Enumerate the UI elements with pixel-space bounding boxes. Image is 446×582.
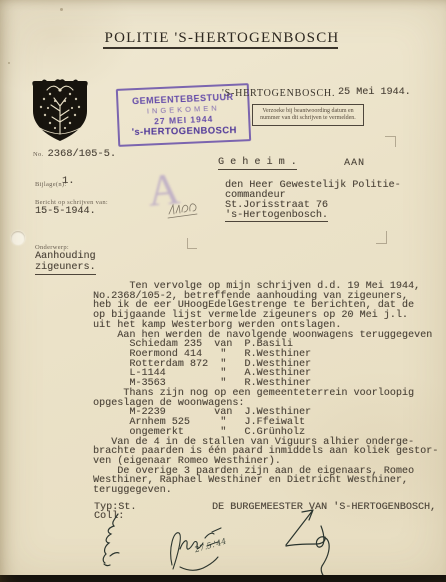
paper-speck	[8, 62, 10, 64]
letter-body: Ten vervolge op mijn schrijven d.d. 19 M…	[93, 282, 438, 496]
corner-mark-top-right	[385, 136, 396, 147]
hole-punch	[11, 231, 25, 245]
subject-label: Onderwerp:	[35, 244, 69, 251]
addressee-line4: 's-Hertogenbosch.	[225, 211, 328, 222]
reply-to-date: 15-5-1944.	[35, 206, 96, 217]
stamp-date-line: 27 MEI 1944	[154, 113, 214, 126]
letterhead-title: POLITIE 'S-HERTOGENBOSCH	[102, 30, 342, 47]
scanned-letter-page: POLITIE 'S-HERTOGENBOSCH GEMEENTEBESTUUR…	[0, 0, 446, 582]
dateline-place: 'S-HERTOGENBOSCH.	[222, 88, 335, 99]
signature-paraph-left	[100, 505, 160, 575]
dateline-date: 25 Mei 1944.	[338, 87, 411, 98]
addressee-aan-label: AAN	[344, 158, 365, 169]
subject-line1: Aanhouding	[35, 251, 96, 262]
signature-paraph-right	[275, 505, 340, 580]
reply-note-line2: nummer van dit schrijven te vermelden.	[256, 115, 360, 122]
pencil-annotation	[165, 200, 205, 222]
classification-geheim: G e h e i m .	[218, 157, 297, 170]
subject-text: Aanhoudingzigeuners.	[35, 251, 96, 275]
reply-to-label: Bericht op schrijven van:	[35, 199, 108, 206]
addressee-block: den Heer Gewestelijk Politie-commandeurS…	[225, 181, 401, 222]
corner-mark-right	[376, 231, 387, 244]
letterhead-title-underline	[103, 47, 338, 49]
reference-number: No. 2368/105-5.	[33, 148, 116, 160]
reference-number-value: 2368/105-5.	[47, 148, 116, 160]
coat-of-arms-icon	[28, 77, 92, 143]
scan-edge-strip	[0, 575, 446, 582]
corner-mark-left	[187, 238, 197, 249]
paper-speck	[60, 8, 63, 11]
stamp-city-line: 's-HERTOGENBOSCH	[132, 125, 237, 138]
subject-line2: zigeuners.	[35, 262, 96, 275]
enclosures-value: 1.	[62, 175, 74, 187]
reply-request-note: Verzoeke bij beantwoording datum en numm…	[252, 104, 364, 126]
reply-note-line1: Verzoeke bij beantwoording datum en	[256, 108, 360, 115]
reference-number-label: No.	[33, 151, 43, 158]
